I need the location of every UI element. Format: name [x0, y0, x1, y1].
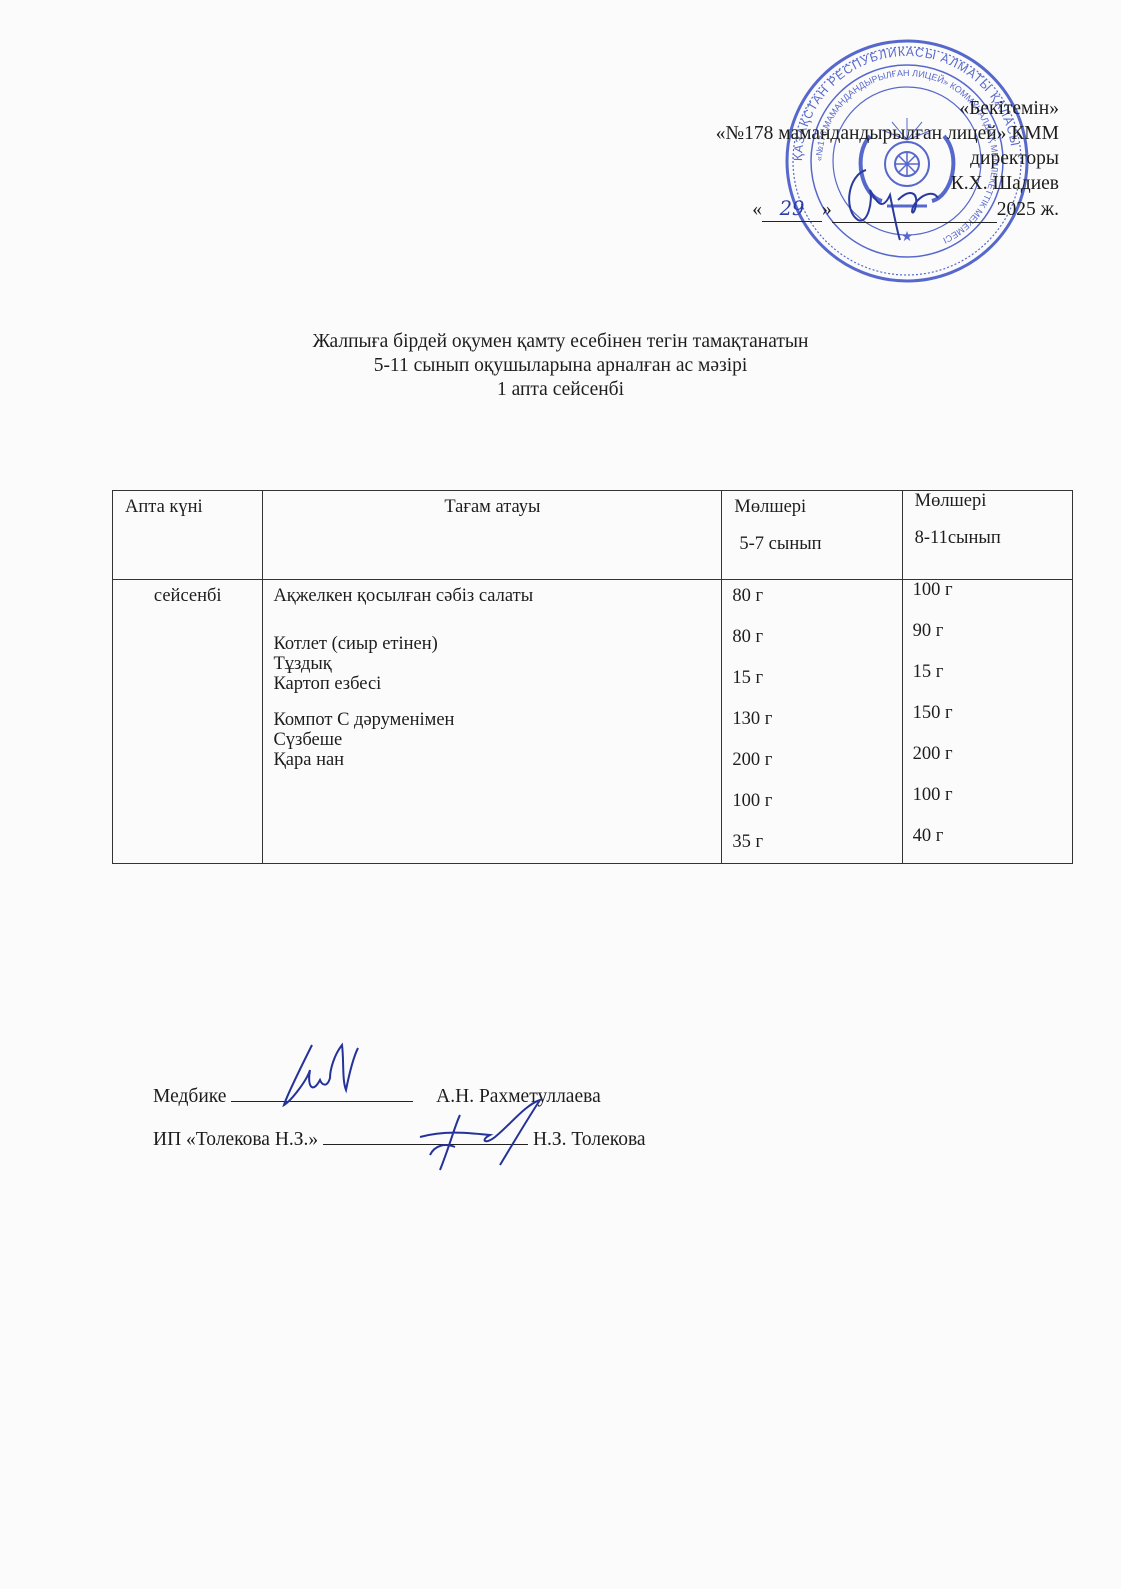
dish-item: Компот С дәруменімен	[273, 710, 711, 730]
document-page: ҚАЗАҚСТАН РЕСПУБЛИКАСЫ АЛМАТЫ ҚАЛАСЫ «№1…	[0, 0, 1121, 1589]
cell-dishes: Ақжелкен қосылған сәбіз салаты Котлет (с…	[263, 580, 722, 864]
cell-qty-8-11: 100 г 90 г 15 г 150 г 200 г 100 г 40 г	[902, 580, 1072, 864]
cell-qty-5-7: 80 г 80 г 15 г 130 г 200 г 100 г 35 г	[722, 580, 902, 864]
title-line-2: 5-11 сынып оқушыларына арналған ас мәзір…	[0, 354, 1121, 378]
nurse-signature-icon	[272, 1040, 372, 1110]
dish-item: Қара нан	[273, 750, 711, 770]
qty-item: 200 г	[913, 744, 1062, 764]
cell-day: сейсенбі	[113, 580, 263, 864]
qty-item: 15 г	[732, 668, 891, 688]
ip-role: ИП «Толекова Н.З.»	[153, 1129, 318, 1150]
table-header-row: Апта күні Тағам атауы Мөлшері 5-7 сынып …	[113, 491, 1073, 580]
menu-table: Апта күні Тағам атауы Мөлшері 5-7 сынып …	[112, 490, 1073, 864]
title-line-1: Жалпыға бірдей оқумен қамту есебінен тег…	[0, 330, 1121, 354]
nurse-role: Медбике	[153, 1086, 226, 1107]
header-qty-5-7: Мөлшері 5-7 сынып	[722, 491, 902, 580]
document-title: Жалпыға бірдей оқумен қамту есебінен тег…	[0, 330, 1121, 402]
dish-item: Котлет (сиыр етінен)	[273, 634, 711, 654]
qty-item: 35 г	[732, 832, 891, 852]
qty-item: 130 г	[732, 709, 891, 729]
qty-item: 200 г	[732, 750, 891, 770]
approval-date-day: 29	[762, 196, 822, 222]
dish-item: Ақжелкен қосылған сәбіз салаты	[273, 586, 711, 606]
dish-item: Картоп езбесі	[273, 674, 711, 694]
approval-heading: «Бекітемін»	[716, 96, 1059, 121]
director-signature-icon	[838, 150, 948, 245]
qty-item: 80 г	[732, 586, 891, 606]
qty-item: 40 г	[913, 826, 1062, 846]
qty-item: 100 г	[913, 580, 1062, 600]
dish-item: Тұздық	[273, 654, 711, 674]
qty-item: 100 г	[913, 785, 1062, 805]
header-qty-8-11: Мөлшері 8-11сынып	[902, 491, 1072, 580]
qty-item: 80 г	[732, 627, 891, 647]
ip-signature-icon	[400, 1085, 550, 1175]
qty-item: 150 г	[913, 703, 1062, 723]
table-row: сейсенбі Ақжелкен қосылған сәбіз салаты …	[113, 580, 1073, 864]
qty-item: 100 г	[732, 791, 891, 811]
header-dish: Тағам атауы	[263, 491, 722, 580]
qty-item: 90 г	[913, 621, 1062, 641]
approval-organization: «№178 мамандандырылған лицей» КММ	[716, 121, 1059, 146]
dish-item: Сүзбеше	[273, 730, 711, 750]
qty-item: 15 г	[913, 662, 1062, 682]
approval-date-year: 2025 ж.	[997, 199, 1059, 220]
header-day: Апта күні	[113, 491, 263, 580]
title-line-3: 1 апта сейсенбі	[0, 378, 1121, 402]
